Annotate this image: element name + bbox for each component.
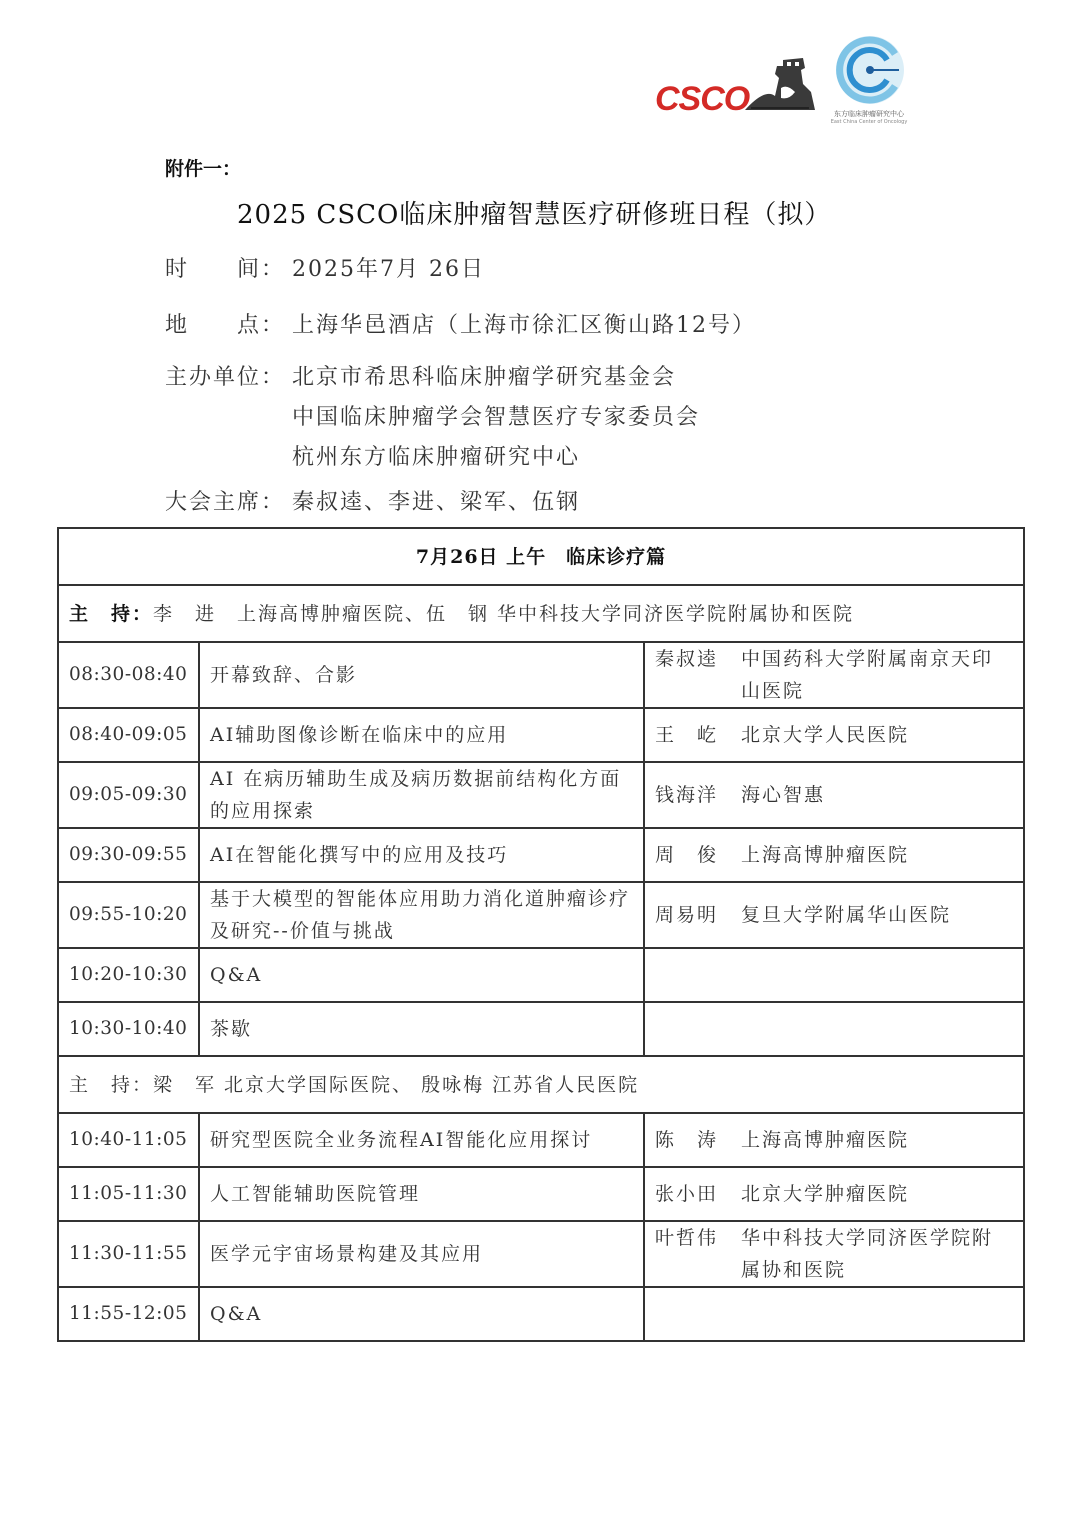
speaker-org: 复旦大学附属华山医院 — [741, 899, 1013, 931]
speaker-name: 叶哲伟 — [655, 1222, 741, 1254]
time-value: 2025年7月 26日 — [292, 257, 485, 282]
speaker-cell: 周易明复旦大学附属华山医院 — [644, 882, 1024, 948]
table-row: 10:20-10:30 Q&A — [58, 948, 1024, 1002]
table-row: 09:55-10:20 基于大模型的智能体应用助力消化道肿瘤诊疗及研究--价值与… — [58, 882, 1024, 948]
schedule-table: 7月26日 上午 临床诊疗篇 主 持：李 进 上海高博肿瘤医院、伍 钢 华中科技… — [57, 527, 1025, 1342]
table-row: 09:05-09:30 AI 在病历辅助生成及病历数据前结构化方面的应用探索 钱… — [58, 762, 1024, 828]
speaker-org: 北京大学人民医院 — [741, 719, 1013, 751]
speaker-cell: 秦叔逵中国药科大学附属南京天印山医院 — [644, 642, 1024, 708]
time-cell: 09:05-09:30 — [58, 762, 199, 828]
topic-cell: AI 在病历辅助生成及病历数据前结构化方面的应用探索 — [199, 762, 644, 828]
attachment-label: 附件一： — [165, 154, 241, 181]
chair-value: 秦叔逵、李进、梁军、伍钢 — [292, 490, 580, 515]
place-info: 地 点：上海华邑酒店（上海市徐汇区衡山路12号） — [165, 308, 756, 339]
chair-info: 大会主席：秦叔逵、李进、梁军、伍钢 — [165, 485, 580, 516]
table-row: 11:05-11:30 人工智能辅助医院管理 张小田北京大学肿瘤医院 — [58, 1167, 1024, 1221]
speaker-cell: 叶哲伟华中科技大学同济医学院附属协和医院 — [644, 1221, 1024, 1287]
session-1-host: 主 持：李 进 上海高博肿瘤医院、伍 钢 华中科技大学同济医学院附属协和医院 — [58, 585, 1024, 642]
speaker-cell: 陈 涛上海高博肿瘤医院 — [644, 1113, 1024, 1167]
table-row: 09:30-09:55 AI在智能化撰写中的应用及技巧 周 俊上海高博肿瘤医院 — [58, 828, 1024, 882]
document-title: 2025 CSCO临床肿瘤智慧医疗研修班日程（拟） — [237, 194, 831, 231]
topic-cell: AI辅助图像诊断在临床中的应用 — [199, 708, 644, 762]
topic-cell: 研究型医院全业务流程AI智能化应用探讨 — [199, 1113, 644, 1167]
speaker-cell: 周 俊上海高博肿瘤医院 — [644, 828, 1024, 882]
topic-cell: AI在智能化撰写中的应用及技巧 — [199, 828, 644, 882]
table-row: 11:30-11:55 医学元宇宙场景构建及其应用 叶哲伟华中科技大学同济医学院… — [58, 1221, 1024, 1287]
speaker-cell: 王 屹北京大学人民医院 — [644, 708, 1024, 762]
time-cell: 09:30-09:55 — [58, 828, 199, 882]
speaker-org: 海心智惠 — [741, 779, 1013, 811]
time-info: 时 间：2025年7月 26日 — [165, 252, 485, 283]
speaker-name: 钱海洋 — [655, 779, 741, 811]
east-center-caption: 东方临床肿瘤研究中心 East China Center of Oncology — [823, 110, 915, 126]
table-row: 08:40-09:05 AI辅助图像诊断在临床中的应用 王 屹北京大学人民医院 — [58, 708, 1024, 762]
chair-label: 大会主席： — [165, 485, 292, 516]
table-row: 10:30-10:40 茶歇 — [58, 1002, 1024, 1056]
host-label: 主 持： — [69, 1074, 153, 1096]
speaker-name: 周 俊 — [655, 839, 741, 871]
csco-logo-text: CSCO — [655, 80, 749, 119]
organizer-1: 北京市希思科临床肿瘤学研究基金会 — [292, 360, 676, 391]
speaker-cell — [644, 1002, 1024, 1056]
time-cell: 08:40-09:05 — [58, 708, 199, 762]
host-value: 李 进 上海高博肿瘤医院、伍 钢 华中科技大学同济医学院附属协和医院 — [153, 603, 854, 625]
table-row: 08:30-08:40 开幕致辞、合影 秦叔逵中国药科大学附属南京天印山医院 — [58, 642, 1024, 708]
time-cell: 11:05-11:30 — [58, 1167, 199, 1221]
speaker-org: 华中科技大学同济医学院附属协和医院 — [741, 1222, 1013, 1286]
time-cell: 08:30-08:40 — [58, 642, 199, 708]
time-cell: 10:30-10:40 — [58, 1002, 199, 1056]
speaker-cell — [644, 1287, 1024, 1341]
speaker-org: 北京大学肿瘤医院 — [741, 1178, 1013, 1210]
time-label: 时 间： — [165, 252, 292, 283]
organizer-info: 主办单位： — [165, 360, 292, 391]
topic-cell: 茶歇 — [199, 1002, 644, 1056]
organizer-3: 杭州东方临床肿瘤研究中心 — [292, 440, 580, 471]
east-oncology-center-logo-icon — [825, 34, 915, 110]
time-cell: 10:40-11:05 — [58, 1113, 199, 1167]
table-row: 10:40-11:05 研究型医院全业务流程AI智能化应用探讨 陈 涛上海高博肿… — [58, 1113, 1024, 1167]
organizer-label: 主办单位： — [165, 360, 292, 391]
topic-cell: 开幕致辞、合影 — [199, 642, 644, 708]
time-cell: 09:55-10:20 — [58, 882, 199, 948]
speaker-name: 周易明 — [655, 899, 741, 931]
speaker-org: 中国药科大学附属南京天印山医院 — [741, 643, 1013, 707]
speaker-cell: 钱海洋海心智惠 — [644, 762, 1024, 828]
topic-cell: 人工智能辅助医院管理 — [199, 1167, 644, 1221]
host-value: 梁 军 北京大学国际医院、 殷咏梅 江苏省人民医院 — [153, 1074, 639, 1096]
organizer-2: 中国临床肿瘤学会智慧医疗专家委员会 — [292, 400, 700, 431]
topic-cell: 基于大模型的智能体应用助力消化道肿瘤诊疗及研究--价值与挑战 — [199, 882, 644, 948]
speaker-name: 王 屹 — [655, 719, 741, 751]
header-logos: CSCO 东方临床肿瘤研究中心 East China Center of Onc… — [655, 34, 915, 124]
speaker-org: 上海高博肿瘤医院 — [741, 839, 1013, 871]
topic-cell: 医学元宇宙场景构建及其应用 — [199, 1221, 644, 1287]
great-wall-logo-icon — [745, 48, 815, 118]
time-cell: 10:20-10:30 — [58, 948, 199, 1002]
speaker-org: 上海高博肿瘤医院 — [741, 1124, 1013, 1156]
time-cell: 11:55-12:05 — [58, 1287, 199, 1341]
day-header: 7月26日 上午 临床诊疗篇 — [58, 528, 1024, 585]
speaker-cell — [644, 948, 1024, 1002]
place-label: 地 点： — [165, 308, 292, 339]
session-2-host: 主 持：梁 军 北京大学国际医院、 殷咏梅 江苏省人民医院 — [58, 1056, 1024, 1113]
place-value: 上海华邑酒店（上海市徐汇区衡山路12号） — [292, 313, 756, 338]
speaker-cell: 张小田北京大学肿瘤医院 — [644, 1167, 1024, 1221]
topic-cell: Q&A — [199, 948, 644, 1002]
speaker-name: 张小田 — [655, 1178, 741, 1210]
topic-cell: Q&A — [199, 1287, 644, 1341]
speaker-name: 秦叔逵 — [655, 643, 741, 675]
host-label: 主 持： — [69, 603, 153, 625]
time-cell: 11:30-11:55 — [58, 1221, 199, 1287]
table-row: 11:55-12:05 Q&A — [58, 1287, 1024, 1341]
speaker-name: 陈 涛 — [655, 1124, 741, 1156]
